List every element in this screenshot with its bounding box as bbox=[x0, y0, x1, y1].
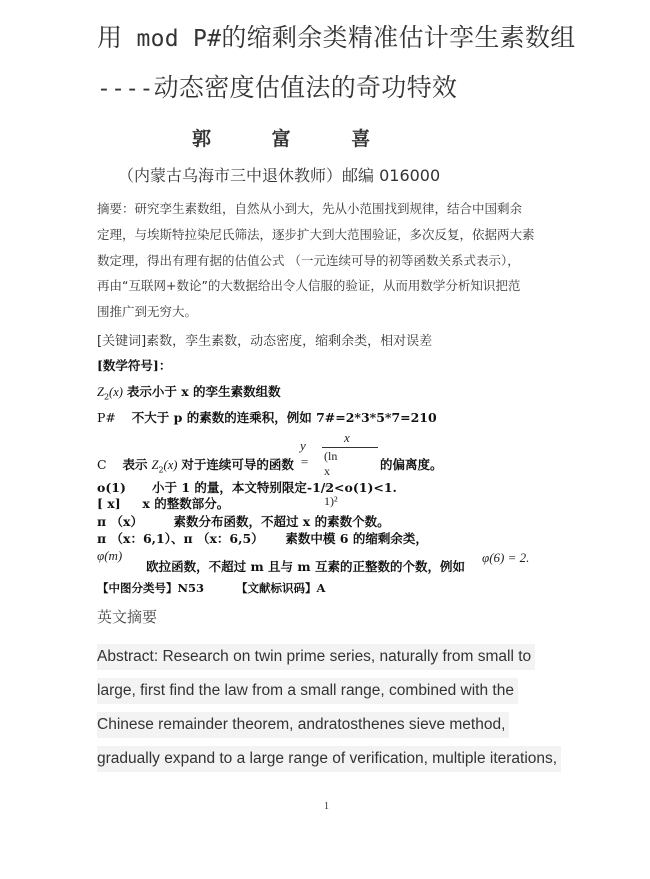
symbol-row-phi: φ(m) 欧拉函数，不超过 m 且与 m 互素的正整数的个数，例如 bbox=[97, 551, 465, 569]
clc-code: 【中图分类号】N53 bbox=[97, 581, 204, 595]
affiliation: （内蒙古乌海市三中退休教师）邮编 016000 bbox=[118, 163, 440, 186]
symbol-row-c: C 表示 Z2(x) 对于连续可导的函数 bbox=[97, 455, 294, 475]
english-abstract-line: Chinese remainder theorem, andratosthene… bbox=[97, 712, 509, 738]
symbol: φ(m) bbox=[97, 548, 122, 563]
title-text: 用 bbox=[97, 23, 122, 52]
symbol: o(1) bbox=[97, 480, 126, 495]
symbol-description: 表示小于 x 的孪生素数组数 bbox=[127, 384, 281, 399]
english-abstract-line: Abstract: Research on twin prime series,… bbox=[97, 644, 535, 670]
classification-row: 【中图分类号】N53 【文献标识码】A bbox=[97, 580, 325, 596]
title-line-2: ----动态密度估值法的奇功特效 bbox=[97, 68, 457, 104]
symbol-description: 欧拉函数，不超过 m 且与 m 互素的正整数的个数，例如 bbox=[146, 559, 465, 574]
symbol-row-primorial: P# 不大于 p 的素数的连乘积，例如 7#=2*3*5*7=210 bbox=[97, 408, 437, 426]
symbol-description: 小于 1 的量，本文特别限定-1/2<o(1)<1. bbox=[152, 480, 397, 495]
abstract-line: 再由“互联网+数论”的大数据给出令人信服的验证，从而用数学分析知识把范 bbox=[97, 273, 557, 299]
symbol-description: 表示 bbox=[122, 457, 147, 472]
title-dashes: ---- bbox=[97, 76, 154, 102]
fraction-bar bbox=[322, 447, 378, 448]
symbol-row-pi-mod: π （x：6,1）、π （x：6,5） 素数中模 6 的缩剩余类， bbox=[97, 529, 428, 547]
formula-lhs: y = bbox=[300, 438, 309, 470]
symbol: π （x：6,1）、π （x：6,5） bbox=[97, 531, 264, 546]
symbol-description: 素数分布函数，不超过 x 的素数个数。 bbox=[173, 514, 389, 529]
title-line-1: 用 mod P#的缩剩余类精准估计孪生素数组 bbox=[97, 18, 576, 54]
title-mono-text: mod P# bbox=[122, 26, 221, 52]
phi-example: φ(6) = 2. bbox=[482, 550, 529, 566]
symbol: P# bbox=[97, 410, 116, 425]
abstract-line: 摘要：研究孪生素数组，自然从小到大，先从小范围找到规律，结合中国剩余 bbox=[97, 196, 557, 222]
symbol: π （x） bbox=[97, 514, 143, 529]
page-number: 1 bbox=[324, 801, 329, 812]
abstract-line: 围推广到无穷大。 bbox=[97, 299, 557, 325]
symbol: C bbox=[97, 457, 107, 472]
subtitle-text: 动态密度估值法的奇功特效 bbox=[154, 73, 458, 102]
symbol-description: 素数中模 6 的缩剩余类， bbox=[285, 531, 427, 546]
chinese-abstract: 摘要：研究孪生素数组，自然从小到大，先从小范围找到规律，结合中国剩余 定理，与埃… bbox=[97, 196, 557, 325]
symbol-row-floor: [ x] x 的整数部分。 bbox=[97, 494, 229, 512]
title-text: 的缩剩余类精准估计孪生素数组 bbox=[221, 23, 575, 52]
author-name: 郭 富 喜 bbox=[192, 124, 388, 151]
english-abstract-line: large, first find the law from a small r… bbox=[97, 678, 518, 704]
document-code: 【文献标识码】A bbox=[236, 581, 325, 595]
formula-numerator: x bbox=[344, 430, 350, 446]
symbol: [ x] bbox=[97, 496, 121, 511]
math-symbols-heading: [数学符号]： bbox=[97, 356, 171, 374]
symbol-arg: (x) bbox=[164, 458, 178, 472]
english-abstract-heading: 英文摘要 bbox=[97, 606, 157, 627]
symbol: Z bbox=[97, 385, 104, 399]
symbol-row-pi: π （x） 素数分布函数，不超过 x 的素数个数。 bbox=[97, 512, 390, 530]
symbol-description: 不大于 p 的素数的连乘积，例如 7#=2*3*5*7=210 bbox=[132, 410, 437, 425]
abstract-line: 数定理，得出有理有据的估值公式 （一元连续可导的初等函数关系式表示）， bbox=[97, 248, 557, 274]
symbol-arg: (x) bbox=[109, 385, 123, 399]
symbol-row-z2: Z2(x) 表示小于 x 的孪生素数组数 bbox=[97, 382, 281, 402]
keywords: [关键词]素数，孪生素数，动态密度，缩剩余类，相对误差 bbox=[97, 330, 432, 349]
symbol-description-suffix: 的偏离度。 bbox=[380, 455, 443, 473]
abstract-line: 定理，与埃斯特拉染尼氏筛法，逐步扩大到大范围验证，多次反复，依据两大素 bbox=[97, 222, 557, 248]
symbol-description: 对于连续可导的函数 bbox=[181, 457, 294, 472]
english-abstract-line: gradually expand to a large range of ver… bbox=[97, 746, 561, 772]
symbol-description: x 的整数部分。 bbox=[142, 496, 229, 511]
